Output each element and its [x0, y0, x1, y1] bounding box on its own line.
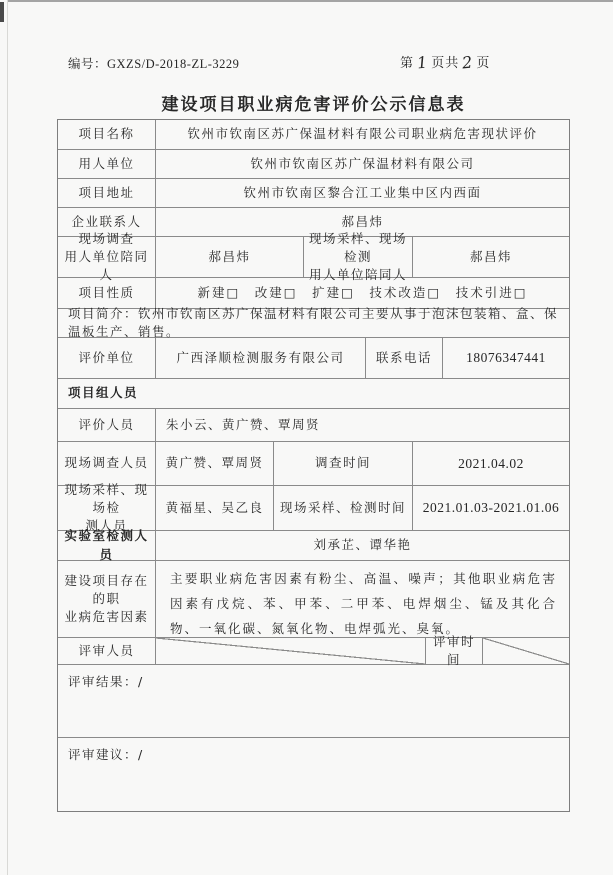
value-survey-time: 2021.04.02 [413, 442, 569, 485]
row-review-advice: 评审建议：/ [58, 738, 569, 811]
row-review-staff: 评审人员 评审时间 [58, 638, 569, 665]
scan-top-edge [8, 0, 613, 2]
value-survey-staff: 黄广赞、覃周贤 [156, 442, 274, 485]
label-survey-escort: 现场调查 用人单位陪同人 [58, 237, 156, 277]
label-evaluator: 评价单位 [58, 338, 156, 378]
label-sampling-time: 现场采样、检测时间 [274, 486, 413, 530]
label-eval-staff: 评价人员 [58, 409, 156, 441]
value-address: 钦州市钦南区黎合江工业集中区内西面 [156, 179, 569, 207]
review-staff-empty-diagonal [156, 638, 426, 664]
info-table: 项目名称 钦州市钦南区苏广保温材料有限公司职业病危害现状评价 用人单位 钦州市钦… [57, 119, 570, 812]
label-survey-staff: 现场调查人员 [58, 442, 156, 485]
value-hazard-factors: 主要职业病危害因素有粉尘、高温、噪声；其他职业病危害因素有戊烷、苯、甲苯、二甲苯… [156, 561, 569, 637]
page-prefix: 第 [400, 56, 414, 71]
label-address: 项目地址 [58, 179, 156, 207]
row-lab-staff: 实验室检测人员 刘承芷、谭华艳 [58, 531, 569, 561]
label-employer: 用人单位 [58, 150, 156, 178]
value-sampling-staff: 黄福星、吴乙良 [156, 486, 274, 530]
page-total-handwritten: 2 [458, 52, 477, 73]
value-sampling-escort: 郝昌炜 [413, 237, 569, 277]
page-suffix: 页 [476, 56, 490, 71]
page-indicator: 第1页共2页 [400, 52, 490, 71]
row-eval-staff: 评价人员 朱小云、黄广赞、覃周贤 [58, 409, 569, 442]
row-address: 项目地址 钦州市钦南区黎合江工业集中区内西面 [58, 179, 569, 208]
label-project-nature: 项目性质 [58, 278, 156, 308]
value-employer: 钦州市钦南区苏广保温材料有限公司 [156, 150, 569, 178]
review-advice: 评审建议：/ [58, 738, 569, 811]
team-section-header: 项目组人员 [58, 379, 569, 408]
document-number: 编号：GXZS/D-2018-ZL-3229 [68, 54, 239, 72]
form-title: 建设项目职业病危害评价公示信息表 [57, 90, 570, 115]
label-phone: 联系电话 [366, 338, 443, 378]
label-sampling-escort: 现场采样、现场检测 用人单位陪同人 [304, 237, 413, 277]
row-project-intro: 项目简介：钦州市钦南区苏广保温材料有限公司主要从事于泡沫包装箱、盒、保温板生产、… [58, 309, 569, 338]
project-nature-checkboxes: 新建□ 改建□ 扩建□ 技术改造□ 技术引进□ [156, 278, 569, 308]
value-survey-escort: 郝昌炜 [156, 237, 304, 277]
value-evaluator: 广西泽顺检测服务有限公司 [156, 338, 366, 378]
label-review-time: 评审时间 [426, 638, 483, 664]
label-project-name: 项目名称 [58, 120, 156, 149]
row-team-header: 项目组人员 [58, 379, 569, 409]
row-review-result: 评审结果：/ [58, 665, 569, 738]
row-hazard-factors: 建设项目存在的职 业病危害因素 主要职业病危害因素有粉尘、高温、噪声；其他职业病… [58, 561, 569, 638]
value-eval-staff: 朱小云、黄广赞、覃周贤 [156, 409, 569, 441]
row-sampling-staff: 现场采样、现场检 测人员 黄福星、吴乙良 现场采样、检测时间 2021.01.0… [58, 486, 569, 531]
label-lab-staff: 实验室检测人员 [58, 531, 156, 560]
value-sampling-time: 2021.01.03-2021.01.06 [413, 486, 569, 530]
scan-left-edge [7, 0, 8, 875]
project-intro: 项目简介：钦州市钦南区苏广保温材料有限公司主要从事于泡沫包装箱、盒、保温板生产、… [58, 309, 569, 337]
label-hazard-factors: 建设项目存在的职 业病危害因素 [58, 561, 156, 637]
row-survey-staff: 现场调查人员 黄广赞、覃周贤 调查时间 2021.04.02 [58, 442, 569, 486]
page-current-handwritten: 1 [413, 52, 432, 73]
label-sampling-staff: 现场采样、现场检 测人员 [58, 486, 156, 530]
row-evaluator: 评价单位 广西泽顺检测服务有限公司 联系电话 18076347441 [58, 338, 569, 379]
value-phone: 18076347441 [443, 338, 569, 378]
row-escorts: 现场调查 用人单位陪同人 郝昌炜 现场采样、现场检测 用人单位陪同人 郝昌炜 [58, 237, 569, 278]
value-project-name: 钦州市钦南区苏广保温材料有限公司职业病危害现状评价 [156, 120, 569, 149]
review-result: 评审结果：/ [58, 665, 569, 737]
value-lab-staff: 刘承芷、谭华艳 [156, 531, 569, 560]
label-survey-time: 调查时间 [274, 442, 413, 485]
review-time-empty-diagonal [483, 638, 569, 664]
page-middle: 页共 [431, 56, 459, 71]
row-project-name: 项目名称 钦州市钦南区苏广保温材料有限公司职业病危害现状评价 [58, 120, 569, 150]
row-employer: 用人单位 钦州市钦南区苏广保温材料有限公司 [58, 150, 569, 179]
scanned-document-page: 编号：GXZS/D-2018-ZL-3229 第1页共2页 建设项目职业病危害评… [0, 0, 613, 875]
scan-corner-mark [0, 2, 4, 22]
label-review-staff: 评审人员 [58, 638, 156, 664]
